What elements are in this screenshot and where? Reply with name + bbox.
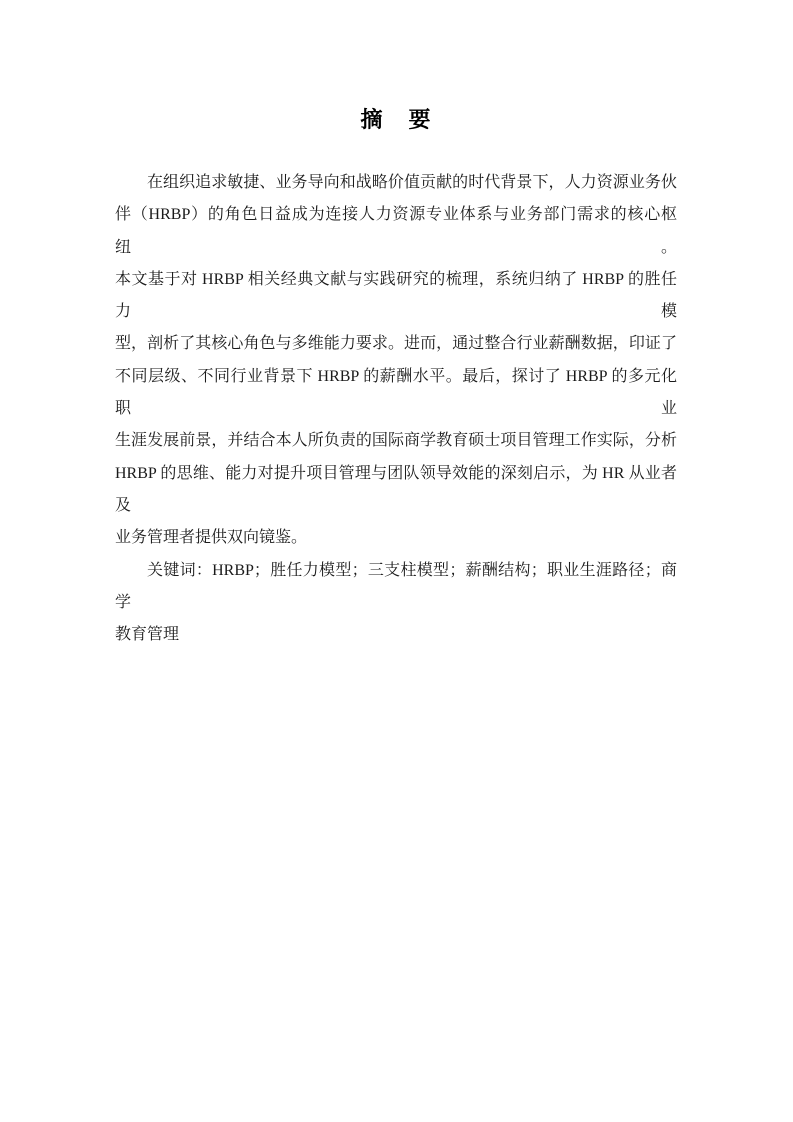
abstract-body: 在组织追求敏捷、业务导向和战略价值贡献的时代背景下，人力资源业务伙 伴（HRBP… [115, 167, 677, 651]
keywords-line: 关键词：HRBP；胜任力模型；三支柱模型；薪酬结构；职业生涯路径；商学 [115, 555, 677, 620]
abstract-page: 摘 要 在组织追求敏捷、业务导向和战略价值贡献的时代背景下，人力资源业务伙 伴（… [0, 0, 793, 1122]
abstract-line: 业务管理者提供双向镜鉴。 [115, 522, 677, 554]
abstract-line: HRBP 的思维、能力对提升项目管理与团队领导效能的深刻启示，为 HR 从业者及 [115, 458, 677, 523]
abstract-line: 生涯发展前景，并结合本人所负责的国际商学教育硕士项目管理工作实际，分析 [115, 425, 677, 457]
abstract-line: 不同层级、不同行业背景下 HRBP 的薪酬水平。最后，探讨了 HRBP 的多元化… [115, 361, 677, 426]
abstract-line: 在组织追求敏捷、业务导向和战略价值贡献的时代背景下，人力资源业务伙 [115, 167, 677, 199]
abstract-line: 型，剖析了其核心角色与多维能力要求。进而，通过整合行业薪酬数据，印证了 [115, 328, 677, 360]
abstract-line: 本文基于对 HRBP 相关经典文献与实践研究的梳理，系统归纳了 HRBP 的胜任… [115, 264, 677, 329]
abstract-line: 伴（HRBP）的角色日益成为连接人力资源专业体系与业务部门需求的核心枢纽。 [115, 199, 677, 264]
page-title: 摘 要 [0, 103, 793, 137]
keywords-line: 教育管理 [115, 619, 677, 651]
